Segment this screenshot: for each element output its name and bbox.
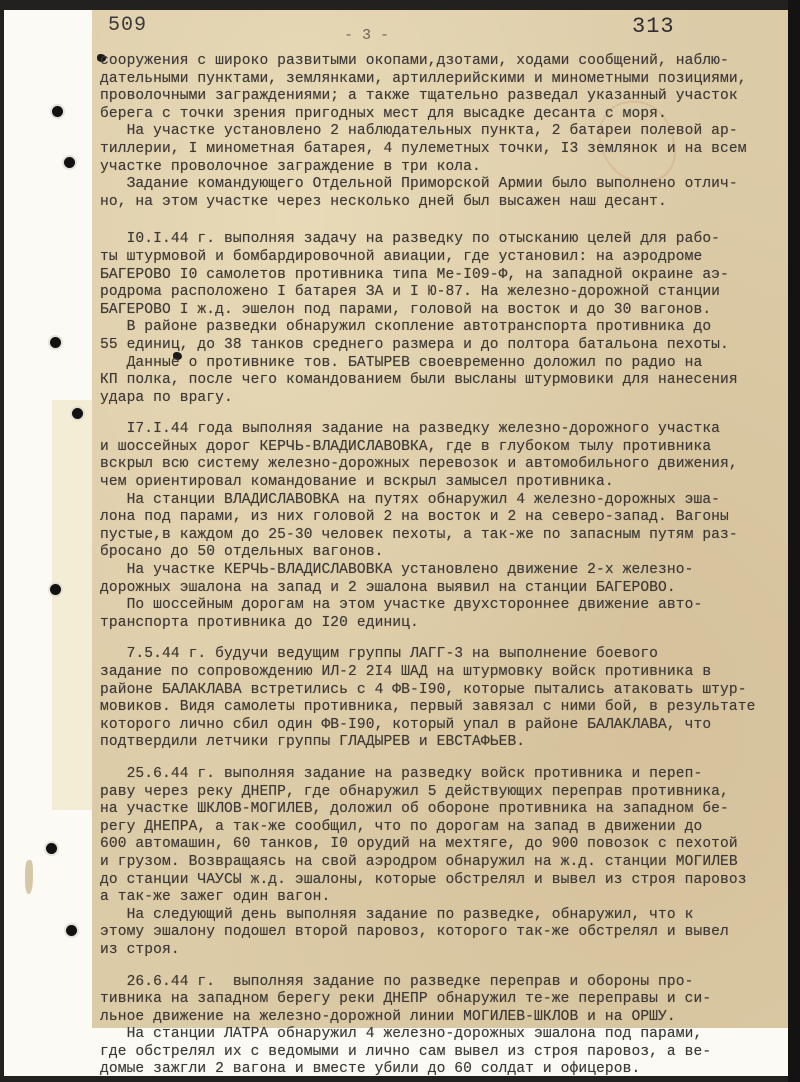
text-line: тивника на западном берегу реки ДНЕПР об… (100, 991, 800, 1009)
binding-hole (64, 157, 75, 168)
text-line: сооружения с широко развитыми окопами,дз… (100, 53, 800, 71)
text-line: а так-же зажег один вагон. (100, 889, 800, 907)
text-line: В районе разведки обнаружил скопление ав… (100, 319, 800, 337)
text-line: где обстрелял их с ведомыми и лично сам … (100, 1044, 800, 1062)
text-line: этому эшалону подошел второй паровоз, ко… (100, 924, 800, 942)
text-line: домые зажгли 2 вагона и вместе убили до … (100, 1061, 800, 1079)
text-line: мовиков. Видя самолеты противника, первы… (100, 699, 800, 717)
section-gap (100, 632, 800, 646)
text-line: регу ДНЕПРА, а так-же сообщил, что по до… (100, 819, 800, 837)
text-line: и шоссейных дорог КЕРЧЬ-ВЛАДИСЛАВОВКА, г… (100, 439, 800, 457)
section-gap (100, 752, 800, 766)
text-line: которого лично сбил один ФВ-I90, который… (100, 717, 800, 735)
page-header: 509 - 3 - 313 (92, 10, 789, 50)
archive-number: 509 (108, 14, 147, 37)
page-number: - 3 - (344, 27, 389, 44)
binding-hole (50, 584, 61, 595)
text-section: сооружения с широко развитыми окопами,дз… (100, 53, 800, 211)
text-line: до станции ЧАУСЫ ж.д. эшалоны, которые о… (100, 872, 800, 890)
section-gap (100, 407, 800, 421)
text-line: На участке КЕРЧЬ-ВЛАДИСЛАВОВКА установле… (100, 562, 800, 580)
text-line: транспорта противника до I20 единиц. (100, 615, 800, 633)
text-line: из строя. (100, 942, 800, 960)
text-line: Данные о противнике тов. БАТЫРЕВ своевре… (100, 355, 800, 373)
scan-right-edge (788, 0, 800, 1082)
binding-hole (46, 843, 57, 854)
backing-paper-strip (52, 400, 94, 810)
text-section: 26.6.44 г. выполняя задание по разведке … (100, 974, 800, 1080)
text-line: ты штурмовой и бомбардировочной авиации,… (100, 249, 800, 267)
text-line: льное движение на железно-дорожной линии… (100, 1009, 800, 1027)
text-line: подтвердили летчики группы ГЛАДЫРЕВ и ЕВ… (100, 734, 800, 752)
document-body: сооружения с широко развитыми окопами,дз… (100, 53, 800, 1079)
text-line: родрома расположено I батарея ЗА и I Ю-8… (100, 284, 800, 302)
text-line: районе БАЛАКЛАВА встретились с 4 ФВ-I90,… (100, 682, 800, 700)
text-section: I0.I.44 г. выполняя задачу на разведку п… (100, 231, 800, 407)
text-section: I7.I.44 года выполняя задание на разведк… (100, 421, 800, 632)
text-line: БАГЕРОВО I ж.д. эшелон под парами, голов… (100, 302, 800, 320)
text-line: 25.6.44 г. выполняя задание на разведку … (100, 766, 800, 784)
text-section: 7.5.44 г. будучи ведущим группы ЛАГГ-3 н… (100, 646, 800, 752)
text-line: КП полка, после чего командованием были … (100, 372, 800, 390)
binding-hole (66, 925, 77, 936)
text-line: БАГЕРОВО I0 самолетов противника типа Ме… (100, 267, 800, 285)
binding-hole (52, 106, 63, 117)
text-line: задание по сопровождению ИЛ-2 2I4 ШАД на… (100, 664, 800, 682)
text-line: 55 единиц, до 38 танков среднего размера… (100, 337, 800, 355)
text-line: раву через реку ДНЕПР, где обнаружил 5 д… (100, 784, 800, 802)
text-line: берега с точки зрения пригодных мест для… (100, 106, 800, 124)
text-line: но, на этом участке через несколько дней… (100, 194, 800, 212)
text-line: 600 автомашин, 60 танков, I0 орудий на м… (100, 836, 800, 854)
text-line: дорожных эшалона на запад и 2 эшалона вы… (100, 580, 800, 598)
text-line: На следующий день выполняя задание по ра… (100, 907, 800, 925)
section-gap (100, 211, 800, 231)
text-line: Задание командующего Отдельной Приморско… (100, 176, 800, 194)
text-line: На станции ВЛАДИСЛАВОВКА на путях обнару… (100, 492, 800, 510)
text-line: и грузом. Возвращаясь на свой аэродром о… (100, 854, 800, 872)
text-line: на участке ШКЛОВ-МОГИЛЕВ, доложил об обо… (100, 801, 800, 819)
text-line: бросано до 50 отдельных вагонов. (100, 544, 800, 562)
text-line: удара по врагу. (100, 390, 800, 408)
text-line: вскрыл всю систему железно-дорожных пере… (100, 456, 800, 474)
text-section: 25.6.44 г. выполняя задание на разведку … (100, 766, 800, 960)
paper-tear (25, 860, 33, 894)
folio-number: 313 (632, 14, 675, 39)
text-line: I0.I.44 г. выполняя задачу на разведку п… (100, 231, 800, 249)
text-line: На станции ЛАТРА обнаружил 4 железно-дор… (100, 1026, 800, 1044)
text-line: По шоссейным дорогам на этом участке дву… (100, 597, 800, 615)
text-line: тиллерии, I минометная батарея, 4 пулеме… (100, 141, 800, 159)
text-line: дательными пунктами, землянками, артилле… (100, 71, 800, 89)
binding-hole (72, 408, 83, 419)
text-line: 7.5.44 г. будучи ведущим группы ЛАГГ-3 н… (100, 646, 800, 664)
text-line: пустые,в каждом до 25-30 человек пехоты,… (100, 527, 800, 545)
text-line: лона под парами, из них головой 2 на вос… (100, 509, 800, 527)
text-line: I7.I.44 года выполняя задание на разведк… (100, 421, 800, 439)
section-gap (100, 960, 800, 974)
text-line: чем ориентировал командование и вскрыл з… (100, 474, 800, 492)
text-line: проволочными заграждениями; а также тщат… (100, 88, 800, 106)
text-line: На участке установлено 2 наблюдательных … (100, 123, 800, 141)
text-line: 26.6.44 г. выполняя задание по разведке … (100, 974, 800, 992)
binding-hole (50, 337, 61, 348)
text-line: участке проволочное заграждение в три ко… (100, 159, 800, 177)
